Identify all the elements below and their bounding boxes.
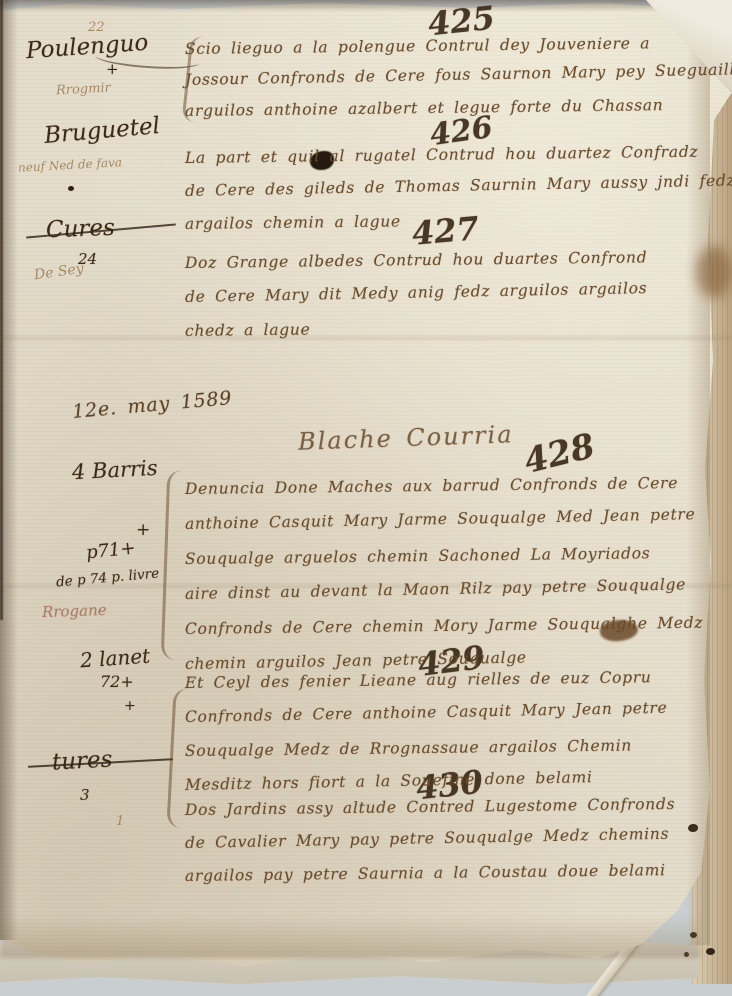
margin-note-red: Rrogane (42, 601, 107, 621)
manuscript-line: chedz a lague (185, 307, 720, 348)
margin-note-name: 2 lanet (79, 644, 151, 673)
margin-cross-mark: + (124, 698, 136, 714)
entry-429-text: Et Ceyl des fenier Lieane aug rielles de… (185, 666, 720, 802)
speck (706, 948, 715, 955)
entry-428-text: Denuncia Done Maches aux barrud Confrond… (185, 472, 720, 682)
manuscript-scan: 22 Poulenguo + Rrogmir Bruguetel neuf Ne… (0, 0, 732, 996)
margin-note: 1 (116, 814, 124, 829)
ink-dot (68, 186, 74, 191)
entry-425-text: Scio lieguo a la polengue Contrul dey Jo… (185, 34, 720, 127)
entry-430-text: Dos Jardins assy altude Contred Lugestom… (185, 794, 720, 893)
margin-note-number: 3 (80, 786, 90, 804)
entry-427-text: Doz Grange albedes Contrud hou duartes C… (185, 246, 720, 348)
top-edge-shadow (0, 0, 732, 12)
bottom-edge-shadow (0, 916, 700, 958)
entry-426-text: La part et quil al rugatel Contrud hou d… (185, 142, 720, 241)
margin-note: Rrogmir (56, 81, 112, 99)
margin-note-number: 72+ (100, 672, 134, 691)
manuscript-line: argailos pay petre Saurnia a la Coustau … (185, 853, 720, 893)
margin-note-name: 4 Barris (71, 456, 158, 484)
left-binding-edge (0, 0, 3, 620)
manuscript-line: arguilos anthoine azalbert et legue fort… (185, 89, 720, 127)
margin-cross-mark: + (136, 520, 150, 540)
manuscript-line: argailos chemin a lague (185, 201, 720, 241)
